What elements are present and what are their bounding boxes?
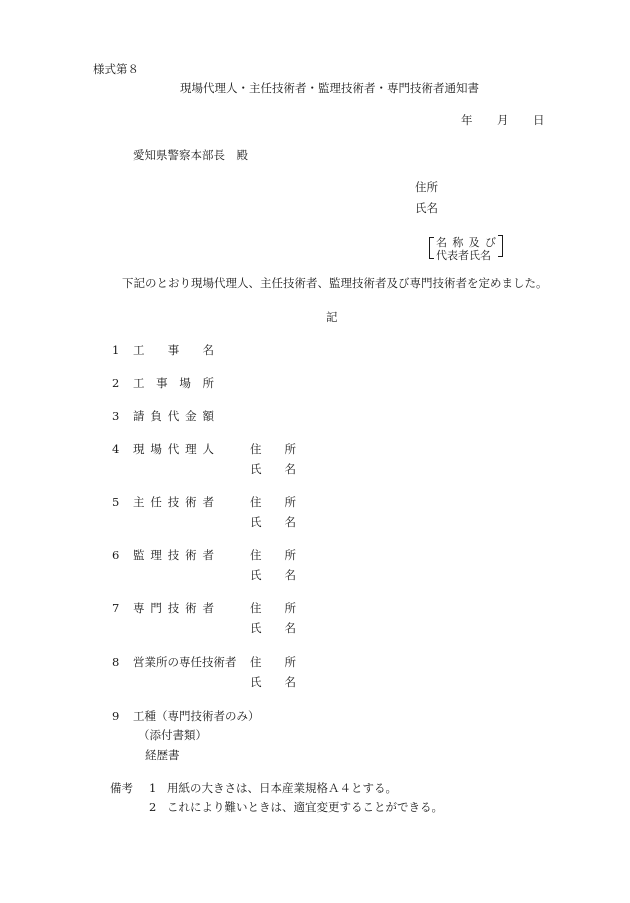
document-title: 現場代理人・主任技術者・監理技術者・専門技術者通知書 — [180, 83, 479, 95]
chief-engineer-name-label: 氏名 — [250, 517, 296, 529]
item-number: 5 — [112, 497, 119, 509]
item-number: 7 — [112, 603, 119, 615]
representative-bracket: 名称及び 代表者氏名 — [429, 233, 503, 260]
item-number: 1 — [112, 345, 119, 357]
item-number: 8 — [112, 657, 119, 669]
office-engineer-name-label: 氏名 — [250, 677, 296, 689]
remark-text: 用紙の大きさは、日本産業規格Ａ４とする。 — [167, 783, 397, 795]
attachments-label: （添付書類） — [138, 730, 207, 742]
item-label-construction-site: 工事場所 — [133, 378, 214, 390]
item-label-office-engineer: 営業所の専任技術者 — [133, 657, 237, 669]
item-number: 6 — [112, 550, 119, 562]
supervising-engineer-address-label: 住所 — [250, 550, 296, 562]
ki-heading: 記 — [326, 312, 338, 324]
item-number: 4 — [112, 444, 119, 456]
sender-name-label: 氏名 — [415, 203, 438, 215]
sender-address-label: 住所 — [415, 182, 438, 194]
date-year: 年 — [461, 115, 473, 127]
addressee: 愛知県警察本部長 殿 — [133, 150, 248, 162]
item-label-chief-engineer: 主任技術者 — [133, 497, 214, 509]
left-bracket — [429, 237, 434, 259]
site-agent-address-label: 住所 — [250, 444, 296, 456]
date-month: 月 — [497, 115, 509, 127]
form-number: 様式第８ — [93, 64, 139, 76]
item-number: 3 — [112, 411, 119, 423]
item-label-specialist-engineer: 専門技術者 — [133, 603, 214, 615]
bracket-line-2: 代表者氏名 — [436, 247, 491, 263]
chief-engineer-address-label: 住所 — [250, 497, 296, 509]
remark-number: 1 — [149, 783, 156, 795]
date-day: 日 — [533, 115, 545, 127]
right-bracket — [498, 235, 503, 257]
item-label-supervising-engineer: 監理技術者 — [133, 550, 214, 562]
specialist-engineer-name-label: 氏名 — [250, 623, 296, 635]
site-agent-name-label: 氏名 — [250, 464, 296, 476]
item-number: 9 — [112, 711, 119, 723]
specialist-engineer-address-label: 住所 — [250, 603, 296, 615]
remark-text: これにより難いときは、適宜変更することができる。 — [167, 802, 443, 814]
remarks-label: 備考 — [110, 783, 133, 795]
item-label-construction-name: 工事名 — [133, 345, 214, 357]
item-label-contract-amount: 請負代金額 — [133, 411, 214, 423]
item-number: 2 — [112, 378, 119, 390]
attachment-item: 経歴書 — [145, 750, 180, 762]
item-label-site-agent: 現場代理人 — [133, 444, 214, 456]
item-label-work-type: 工種（専門技術者のみ） — [133, 711, 260, 723]
office-engineer-address-label: 住所 — [250, 657, 296, 669]
remark-number: 2 — [149, 802, 156, 814]
supervising-engineer-name-label: 氏名 — [250, 570, 296, 582]
intro-text: 下記のとおり現場代理人、主任技術者、監理技術者及び専門技術者を定めました。 — [122, 278, 548, 290]
